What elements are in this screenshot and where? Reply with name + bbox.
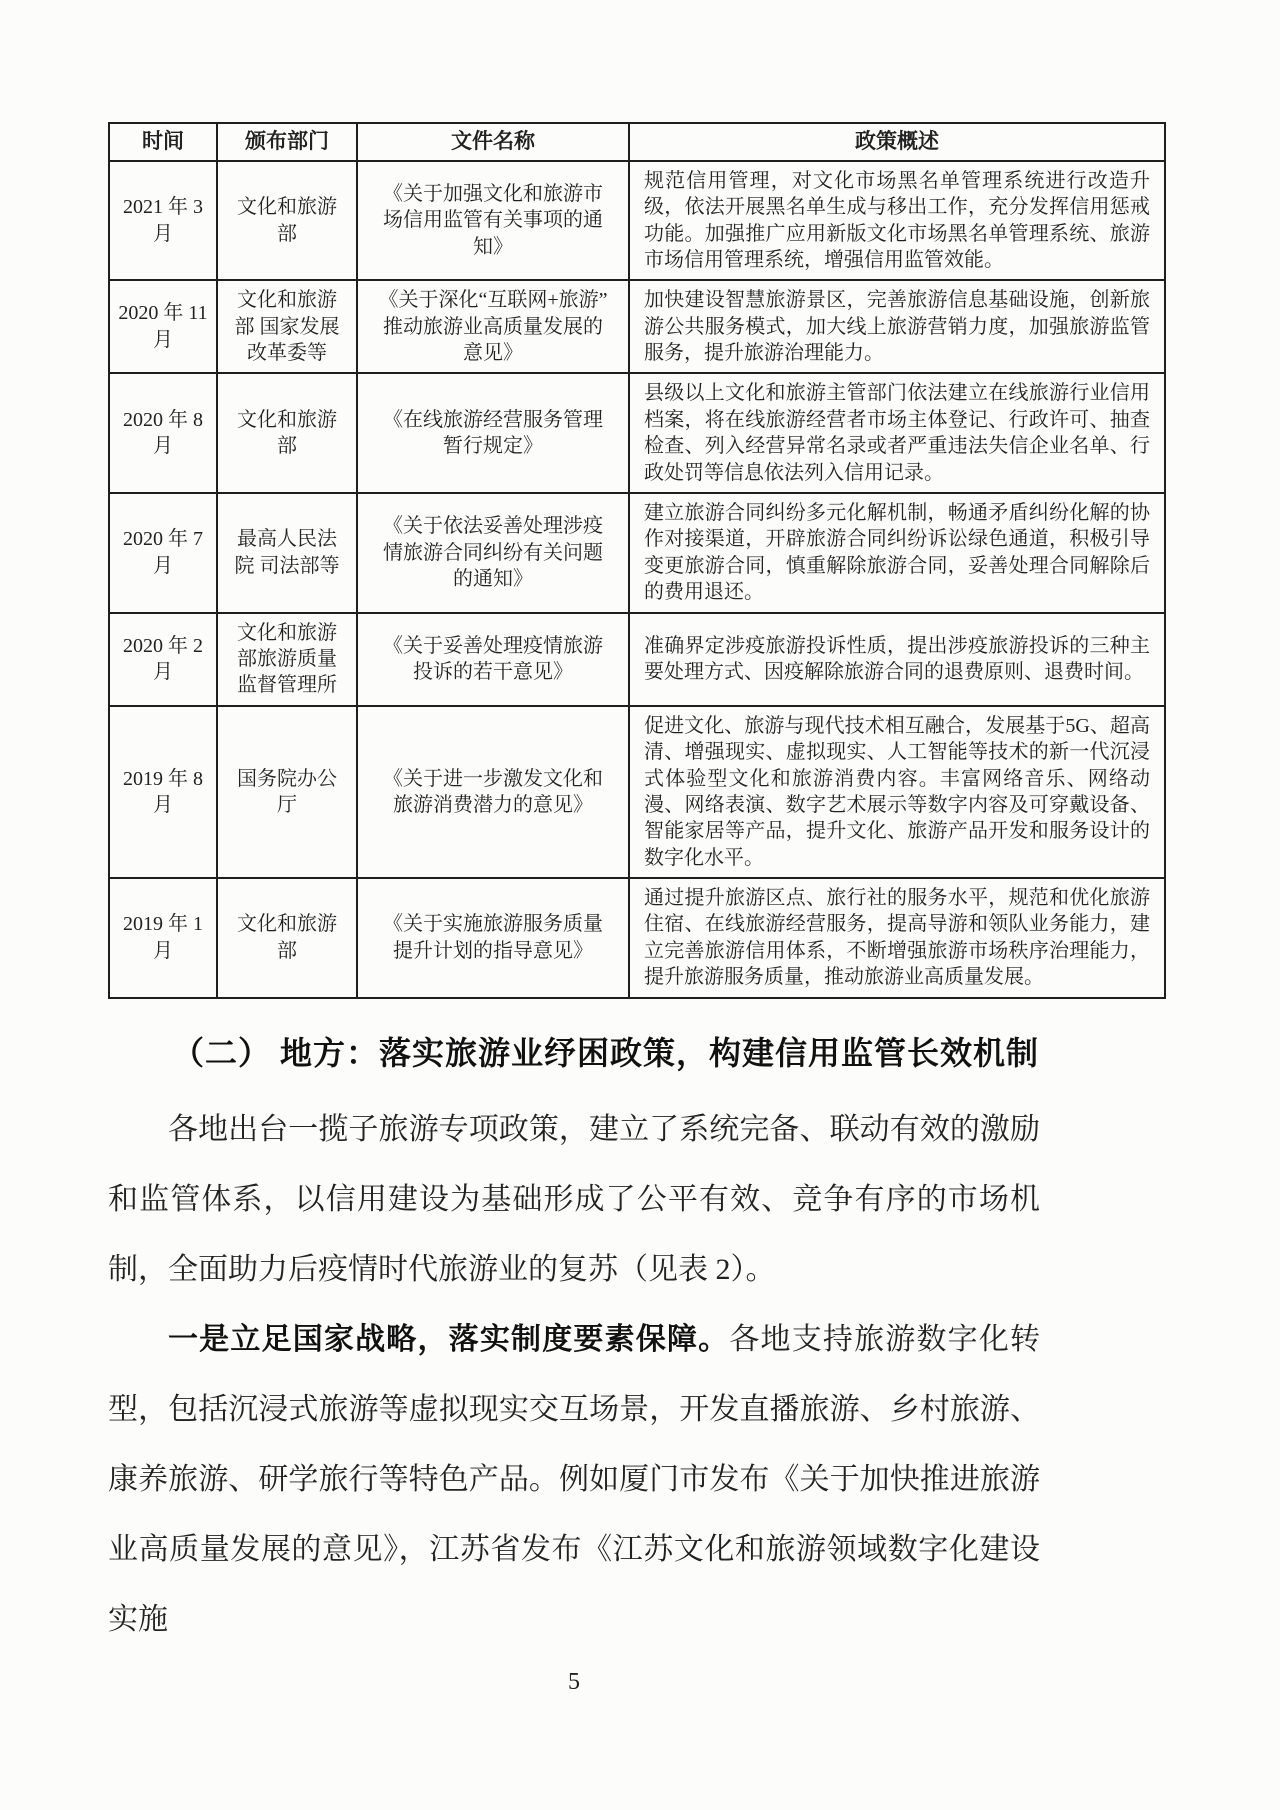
table-row: 2019 年 1 月 文化和旅游部 《关于实施旅游服务质量提升计划的指导意见》 …	[109, 878, 1165, 998]
table-row: 2021 年 3 月 文化和旅游部 《关于加强文化和旅游市场信用监管有关事项的通…	[109, 161, 1165, 281]
table-row: 2020 年 7 月 最高人民法院 司法部等 《关于依法妥善处理涉疫情旅游合同纠…	[109, 493, 1165, 613]
policy-department: 文化和旅游部旅游质量监督管理所	[217, 613, 357, 706]
bold-lead: 一是立足国家战略，落实制度要素保障。	[168, 1323, 729, 1356]
policy-department: 国务院办公厅	[217, 706, 357, 878]
table-header-row: 时间 颁布部门 文件名称 政策概述	[109, 123, 1165, 161]
policy-time: 2019 年 8 月	[109, 706, 217, 878]
column-header-document-name: 文件名称	[357, 123, 629, 161]
policy-overview: 县级以上文化和旅游主管部门依法建立在线旅游行业信用档案，将在线旅游经营者市场主体…	[629, 373, 1165, 493]
table-row: 2019 年 8 月 国务院办公厅 《关于进一步激发文化和旅游消费潜力的意见》 …	[109, 706, 1165, 878]
column-header-policy-overview: 政策概述	[629, 123, 1165, 161]
policy-document-name: 《关于加强文化和旅游市场信用监管有关事项的通知》	[357, 161, 629, 281]
table-row: 2020 年 8 月 文化和旅游部 《在线旅游经营服务管理暂行规定》 县级以上文…	[109, 373, 1165, 493]
paragraph: 各地出台一揽子旅游专项政策，建立了系统完备、联动有效的激励和监管体系，以信用建设…	[108, 1095, 1040, 1305]
table-row: 2020 年 11 月 文化和旅游部 国家发展改革委等 《关于深化“互联网+旅游…	[109, 280, 1165, 373]
policy-overview: 通过提升旅游区点、旅行社的服务水平，规范和优化旅游住宿、在线旅游经营服务，提高导…	[629, 878, 1165, 998]
section-heading: （二） 地方：落实旅游业纾困政策，构建信用监管长效机制	[108, 1029, 1040, 1077]
policy-department: 文化和旅游部	[217, 161, 357, 281]
policy-document-name: 《关于进一步激发文化和旅游消费潜力的意见》	[357, 706, 629, 878]
document-page: 时间 颁布部门 文件名称 政策概述 2021 年 3 月 文化和旅游部 《关于加…	[0, 0, 1280, 1810]
policy-overview: 加快建设智慧旅游景区，完善旅游信息基础设施，创新旅游公共服务模式，加大线上旅游营…	[629, 280, 1165, 373]
policy-overview: 准确界定涉疫旅游投诉性质，提出涉疫旅游投诉的三种主要处理方式、因疫解除旅游合同的…	[629, 613, 1165, 706]
policy-overview: 建立旅游合同纠纷多元化解机制，畅通矛盾纠纷化解的协作对接渠道，开辟旅游合同纠纷诉…	[629, 493, 1165, 613]
table-row: 2020 年 2 月 文化和旅游部旅游质量监督管理所 《关于妥善处理疫情旅游投诉…	[109, 613, 1165, 706]
policy-document-name: 《关于深化“互联网+旅游”推动旅游业高质量发展的意见》	[357, 280, 629, 373]
policy-overview: 规范信用管理，对文化市场黑名单管理系统进行改造升级，依法开展黑名单生成与移出工作…	[629, 161, 1165, 281]
paragraph-text: 各地支持旅游数字化转型，包括沉浸式旅游等虚拟现实交互场景，开发直播旅游、乡村旅游…	[108, 1323, 1040, 1636]
policy-table: 时间 颁布部门 文件名称 政策概述 2021 年 3 月 文化和旅游部 《关于加…	[108, 122, 1166, 999]
policy-time: 2020 年 2 月	[109, 613, 217, 706]
page-content: 时间 颁布部门 文件名称 政策概述 2021 年 3 月 文化和旅游部 《关于加…	[108, 122, 1166, 1696]
policy-document-name: 《关于实施旅游服务质量提升计划的指导意见》	[357, 878, 629, 998]
policy-time: 2020 年 8 月	[109, 373, 217, 493]
policy-department: 文化和旅游部	[217, 373, 357, 493]
page-number: 5	[108, 1669, 1040, 1696]
policy-time: 2020 年 7 月	[109, 493, 217, 613]
policy-overview: 促进文化、旅游与现代技术相互融合，发展基于5G、超高清、增强现实、虚拟现实、人工…	[629, 706, 1165, 878]
policy-department: 文化和旅游部 国家发展改革委等	[217, 280, 357, 373]
policy-document-name: 《关于妥善处理疫情旅游投诉的若干意见》	[357, 613, 629, 706]
policy-document-name: 《在线旅游经营服务管理暂行规定》	[357, 373, 629, 493]
policy-document-name: 《关于依法妥善处理涉疫情旅游合同纠纷有关问题的通知》	[357, 493, 629, 613]
policy-department: 最高人民法院 司法部等	[217, 493, 357, 613]
column-header-department: 颁布部门	[217, 123, 357, 161]
paragraph: 一是立足国家战略，落实制度要素保障。各地支持旅游数字化转型，包括沉浸式旅游等虚拟…	[108, 1305, 1040, 1655]
policy-time: 2020 年 11 月	[109, 280, 217, 373]
policy-department: 文化和旅游部	[217, 878, 357, 998]
body-text: （二） 地方：落实旅游业纾困政策，构建信用监管长效机制 各地出台一揽子旅游专项政…	[108, 1029, 1040, 1655]
policy-time: 2019 年 1 月	[109, 878, 217, 998]
policy-time: 2021 年 3 月	[109, 161, 217, 281]
column-header-time: 时间	[109, 123, 217, 161]
